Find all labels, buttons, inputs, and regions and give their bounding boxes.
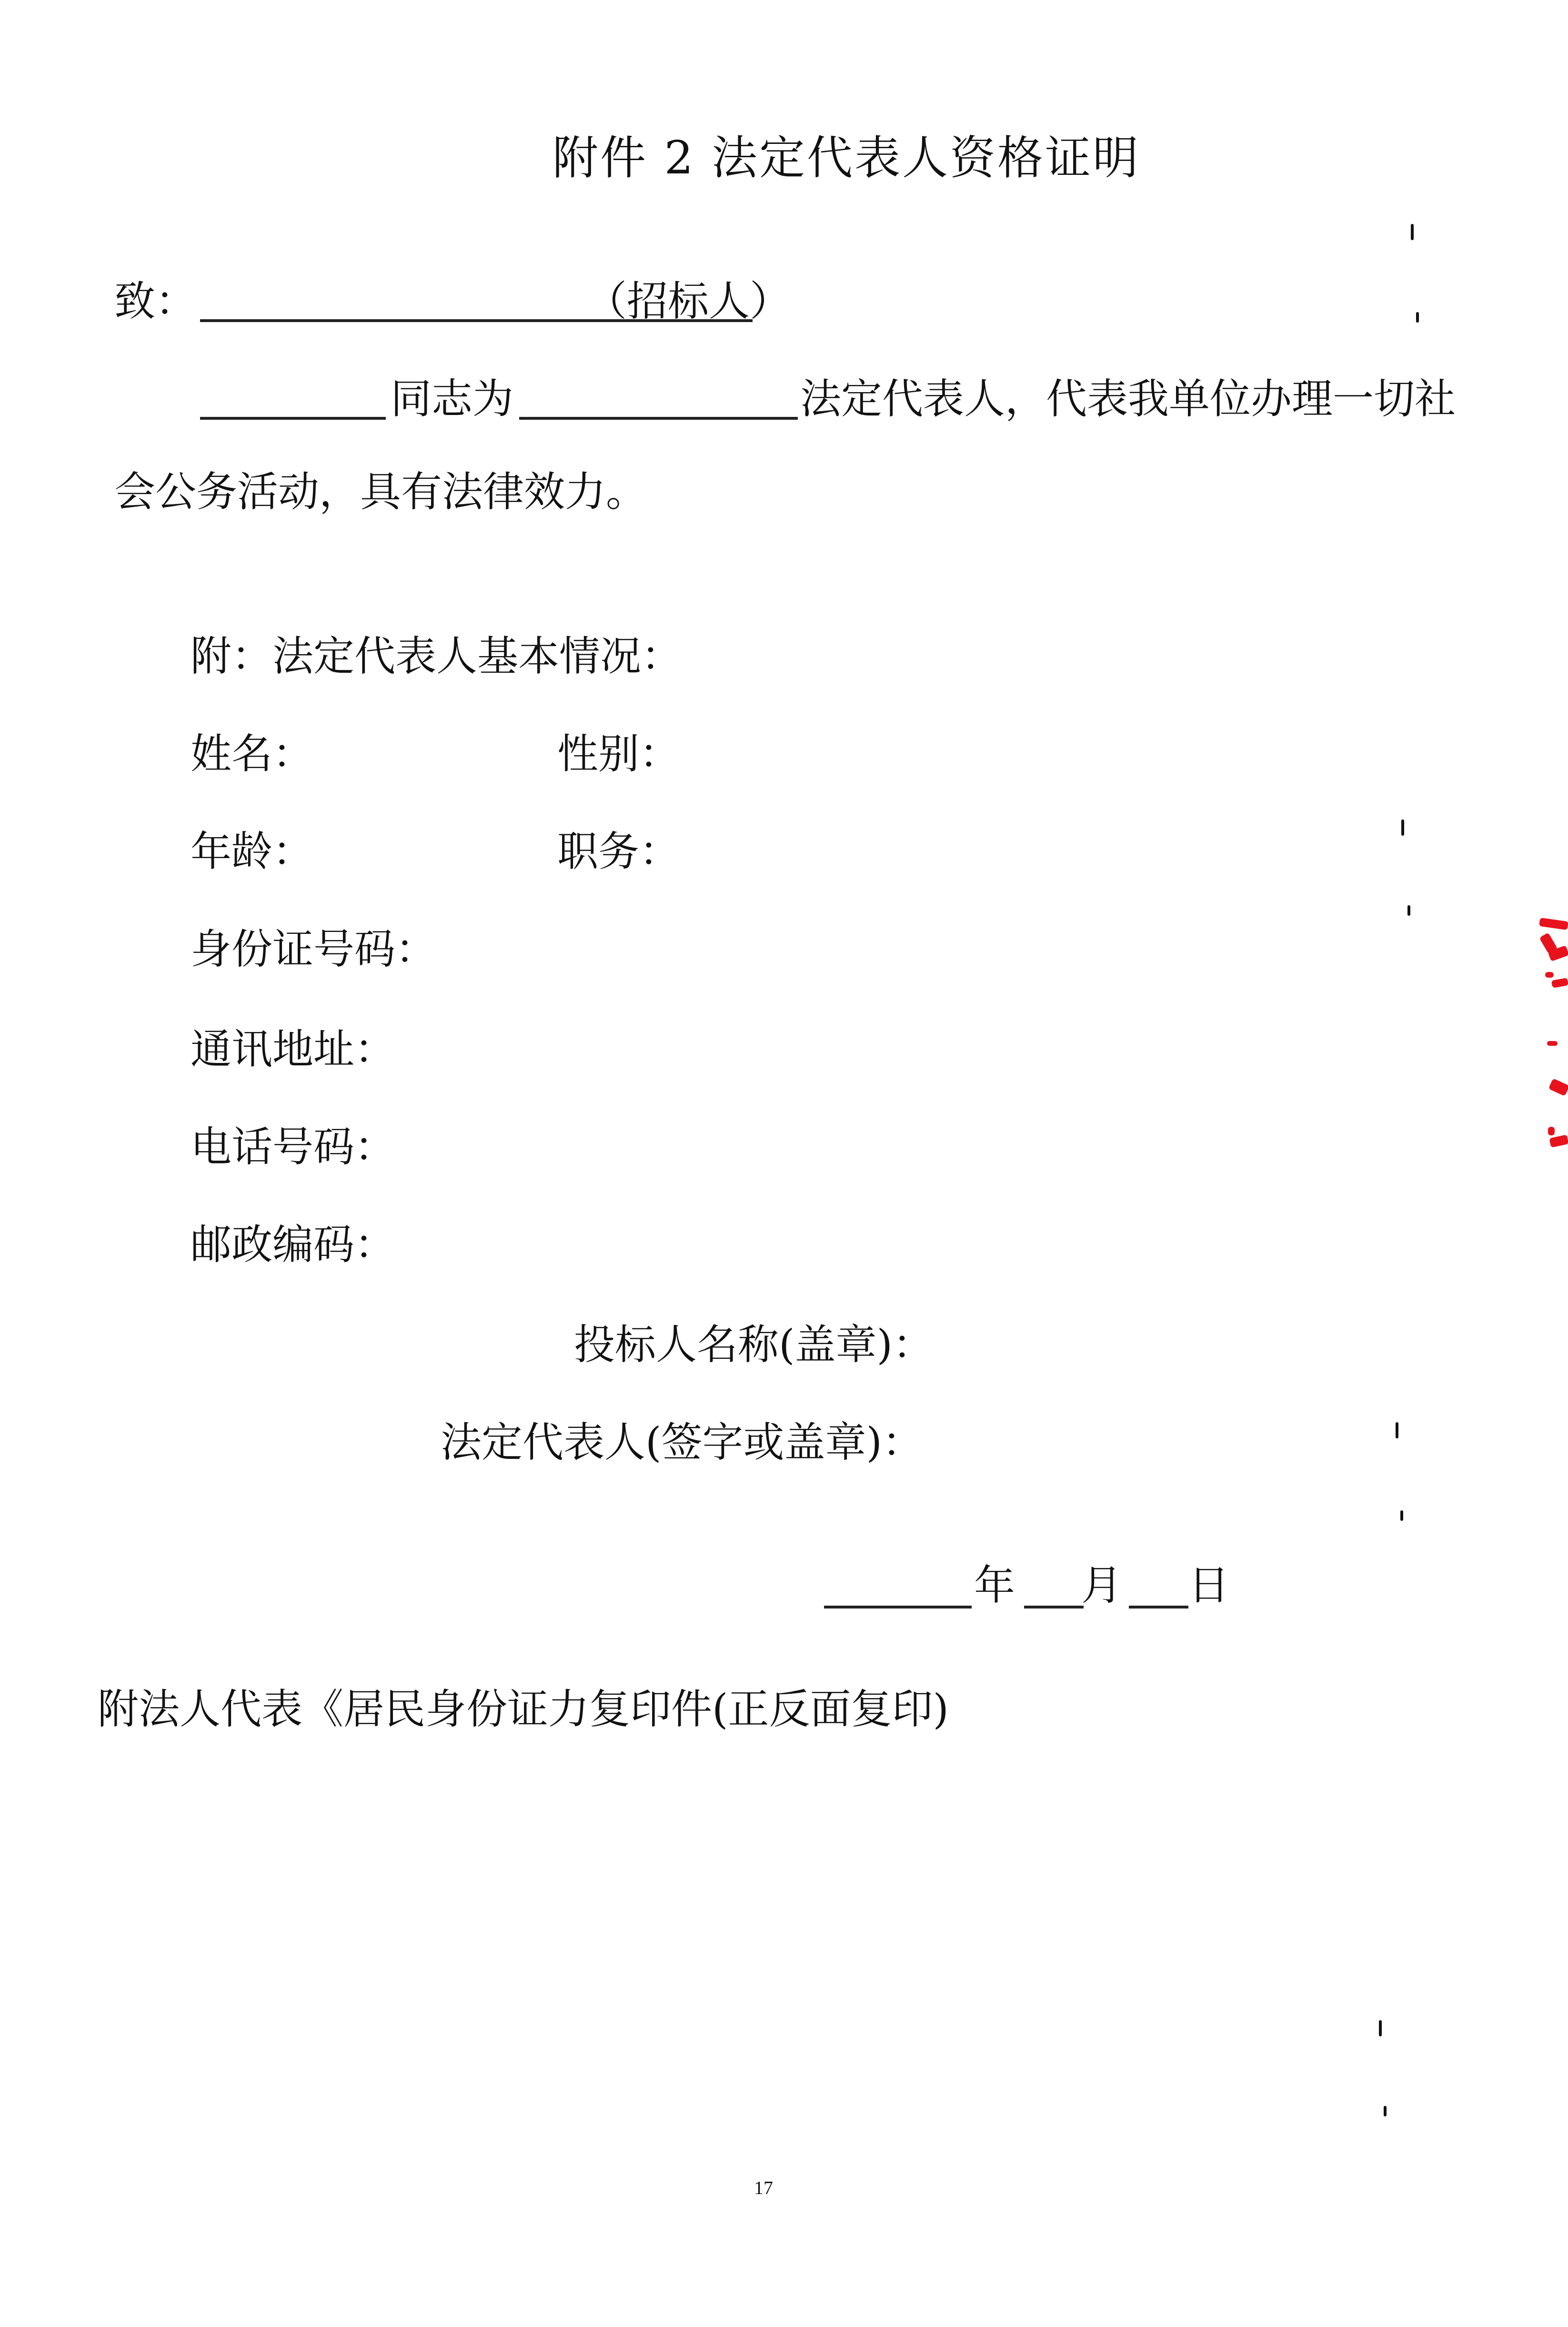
field-phone-label: 电话号码： bbox=[191, 1127, 395, 1168]
date-day-blank bbox=[1129, 1606, 1188, 1609]
addressee-suffix: （招标人） bbox=[586, 281, 791, 322]
field-postal-code-label: 邮政编码： bbox=[191, 1224, 395, 1265]
date-day-label: 日 bbox=[1188, 1565, 1229, 1606]
company-name-blank bbox=[519, 417, 798, 420]
representative-name-blank bbox=[200, 417, 386, 420]
statement-line2: 会公务活动，具有法律效力。 bbox=[114, 472, 647, 513]
binding-mark bbox=[1401, 820, 1404, 836]
field-position-label: 职务： bbox=[557, 831, 680, 872]
date-month-label: 月 bbox=[1081, 1565, 1122, 1606]
addressee-prefix: 致： bbox=[114, 281, 196, 322]
legal-rep-signature-label: 法定代表人(签字或盖章)： bbox=[441, 1422, 923, 1463]
date-year-label: 年 bbox=[974, 1565, 1015, 1606]
binding-mark bbox=[1396, 1422, 1398, 1438]
binding-mark bbox=[1379, 2020, 1382, 2036]
binding-mark bbox=[1411, 224, 1414, 240]
statement-part1: 同志为 bbox=[391, 379, 513, 420]
appendix-heading: 附：法定代表人基本情况： bbox=[191, 636, 682, 677]
statement-part2: 法定代表人，代表我单位办理一切社 bbox=[800, 379, 1456, 420]
date-year-blank bbox=[824, 1606, 972, 1609]
binding-mark bbox=[1407, 905, 1410, 916]
page-number: 17 bbox=[754, 2176, 773, 2199]
field-name-label: 姓名： bbox=[191, 734, 313, 775]
binding-mark bbox=[1416, 312, 1419, 323]
field-age-label: 年龄： bbox=[191, 831, 313, 872]
binding-mark bbox=[1400, 1510, 1403, 1521]
date-month-blank bbox=[1024, 1606, 1084, 1609]
bidder-name-seal-label: 投标人名称(盖章)： bbox=[574, 1325, 934, 1366]
field-address-label: 通讯地址： bbox=[191, 1029, 395, 1070]
page-title: 附件 2 法定代表人资格证明 bbox=[553, 121, 1140, 187]
attachment-note: 附法人代表《居民身份证力复印件(正反面复印) bbox=[98, 1689, 949, 1730]
field-id-number-label: 身份证号码： bbox=[191, 929, 436, 970]
red-seal-fragment bbox=[1530, 920, 1568, 1253]
binding-mark bbox=[1384, 2106, 1387, 2116]
field-gender-label: 性别： bbox=[557, 734, 680, 775]
